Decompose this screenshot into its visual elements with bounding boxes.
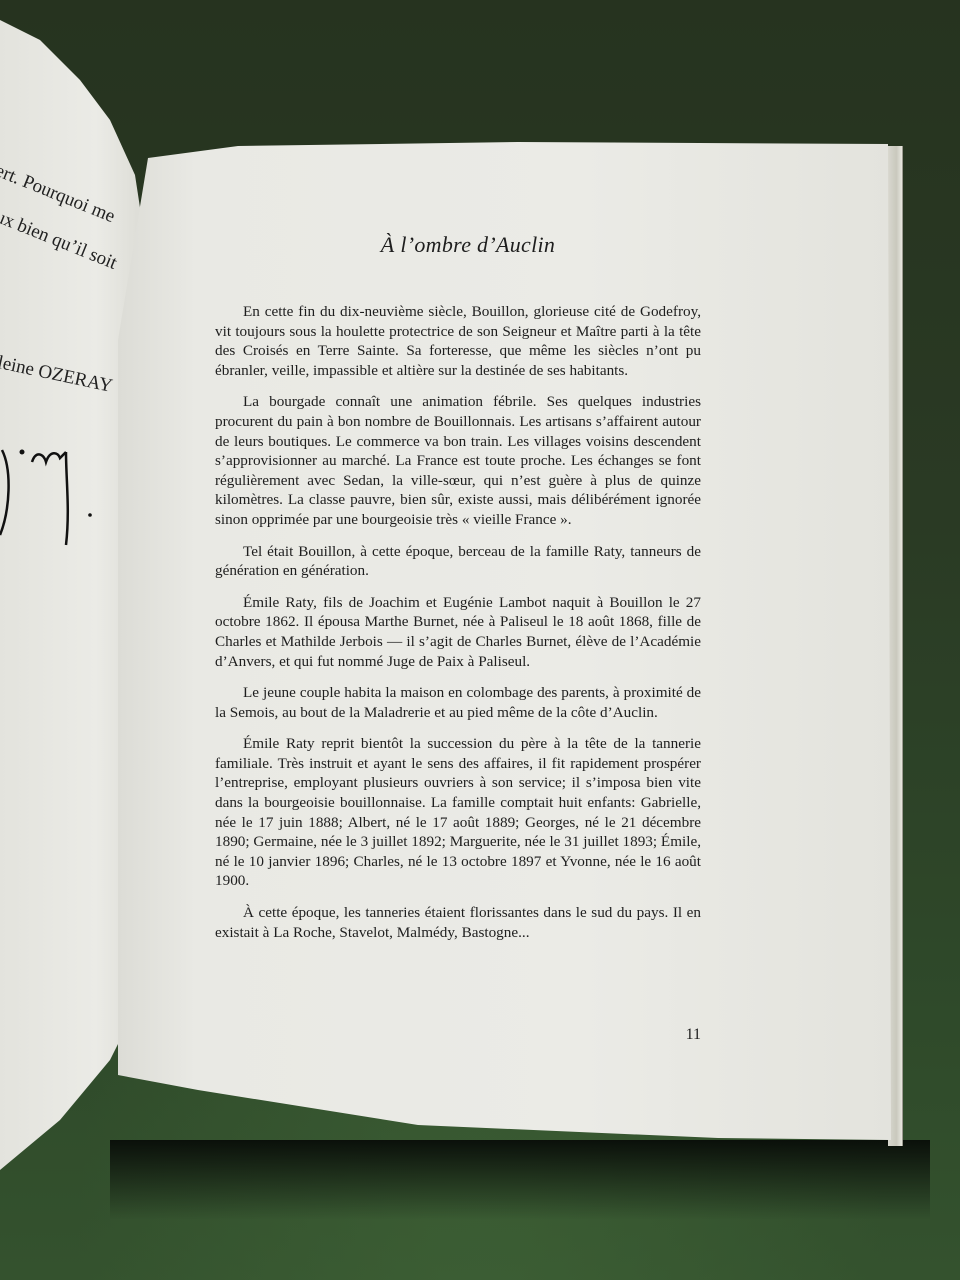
paragraph: À cette époque, les tanneries étaient fl… <box>215 903 701 942</box>
chapter-title: À l’ombre d’Auclin <box>215 232 701 258</box>
page-number: 11 <box>671 1026 701 1044</box>
paragraph: Tel était Bouillon, à cette époque, berc… <box>215 542 701 581</box>
paragraph: La bourgade connaît une animation fébril… <box>215 392 701 529</box>
page-shadow <box>110 1140 930 1220</box>
page-content: À l’ombre d’Auclin En cette fin du dix-n… <box>215 232 701 954</box>
paragraph: Émile Raty reprit bientôt la succession … <box>215 734 701 891</box>
paragraph: En cette fin du dix-neuvième siècle, Bou… <box>215 302 701 380</box>
paragraph: Émile Raty, fils de Joachim et Eugénie L… <box>215 593 701 671</box>
left-page-author-name: leine OZERAY <box>0 352 114 398</box>
handwritten-signature-icon <box>0 440 110 560</box>
paragraph: Le jeune couple habita la maison en colo… <box>215 683 701 722</box>
